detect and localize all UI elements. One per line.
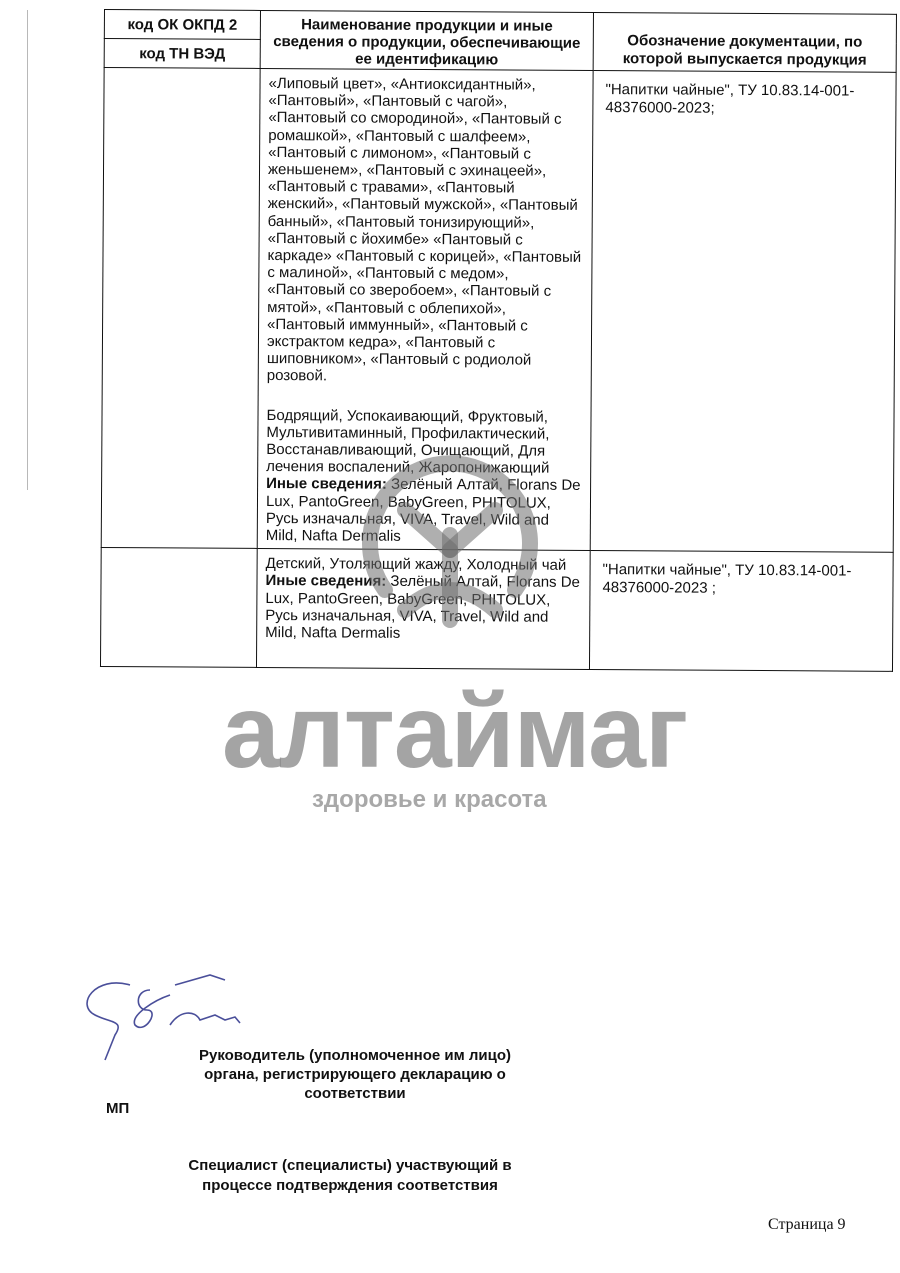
leaf-circle-icon (345, 440, 555, 650)
code-cell (100, 548, 257, 668)
documentation-cell: "Напитки чайные", ТУ 10.83.14-001-483760… (590, 70, 896, 552)
head-signatory-label: Руководитель (уполномоченное им лицо) ор… (170, 1046, 540, 1103)
page-number: Страница 9 (768, 1216, 846, 1234)
stamp-place-label: МП (106, 1100, 129, 1117)
scan-margin-line (27, 10, 28, 490)
header-code-okpd: код ОК ОКПД 2 (104, 10, 260, 40)
watermark-brand: алтаймаг (222, 680, 687, 784)
watermark-tagline: здоровье и красота (312, 786, 547, 814)
product-list-paragraph: «Липовый цвет», «Антиоксидантный», «Пант… (267, 75, 585, 387)
header-code-tnved: код ТН ВЭД (104, 39, 260, 69)
documentation-cell: "Напитки чайные", ТУ 10.83.14-001-483760… (589, 551, 893, 672)
header-documentation: Обозначение документации, по которой вып… (593, 12, 896, 72)
specialist-label: Специалист (специалисты) участвующий в п… (165, 1156, 535, 1196)
header-product-name: Наименование продукции и иные сведения о… (260, 10, 593, 70)
code-cell (101, 68, 260, 549)
